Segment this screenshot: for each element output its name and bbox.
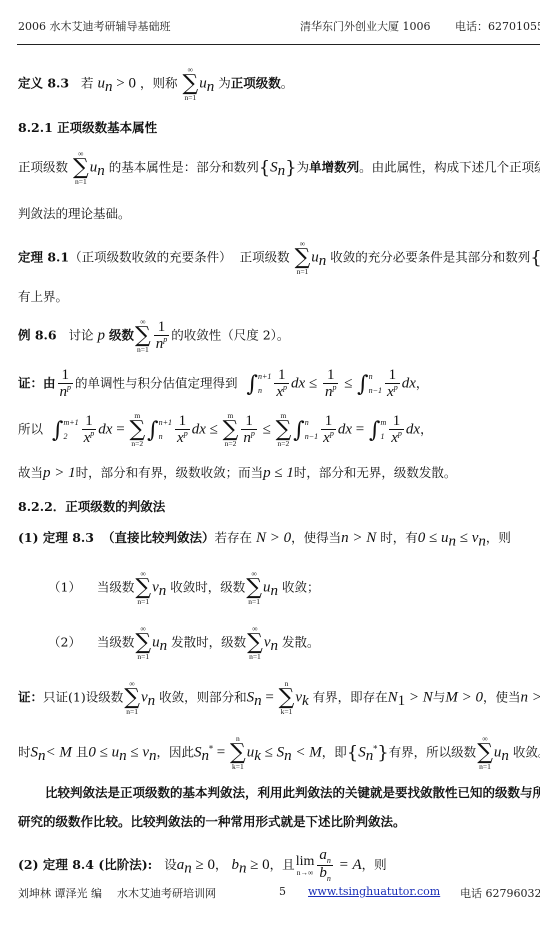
bold-term: 正项级数 [231, 76, 281, 91]
definition-8-3: 定义 8.3 若 un > 0 ，则称 ∞∑n=1un 为正项级数。 [18, 66, 293, 102]
section-8-2-1-title: 8.2.1 正项级数基本属性 [18, 118, 157, 136]
math-var: S [270, 160, 278, 176]
sum-symbol: ∞∑n=1 [135, 318, 151, 354]
proof-line-1: 证：由1np的单调性与积分估值定理得到 ∫n+1n1xpdx ≤ 1np ≤ ∫… [18, 368, 428, 400]
math-var: u [98, 76, 106, 92]
proof-line-2: 所以 ∫m+121xpdx = m∑n=2∫n+1n1xpdx ≤ m∑n=21… [18, 412, 433, 448]
text: ，则称 [140, 76, 178, 91]
theorem-8-3-item-2: （2） 当级数∞∑n=1un 发散时，级数∞∑n=1vn 发散。 [48, 625, 319, 661]
proof-2-line-2: 时Sn< M 且0 ≤ un ≤ vn，因此Sn* = n∑k=1uk ≤ Sn… [18, 735, 540, 771]
math-var: p [98, 328, 106, 344]
footer-phone: 电话 62796032 [460, 885, 540, 901]
theorem-8-1: 定理 8.1（正项级数收敛的充要条件） 正项级数 ∞∑n=1un 收敛的充分必要… [18, 240, 540, 276]
footer-website-link[interactable]: www.tsinghuatutor.com [308, 885, 440, 898]
definition-label: 定义 8.3 [18, 76, 69, 91]
proof-2-line-1: 证：只证(1)设级数∞∑n=1vn 收敛，则部分和Sn = n∑k=1vk 有界… [18, 680, 540, 716]
header-center: 清华东门外创业大厦 1006 [300, 18, 431, 34]
footer-authors: 刘坤林 谭泽光 编 [18, 885, 102, 901]
math-rel: > 0 [113, 76, 136, 92]
text: 为 [218, 76, 231, 91]
text: 为 [297, 160, 310, 175]
property-line-1: 正项级数 ∞∑n=1un 的基本属性是：部分和数列{Sn}为单增数列。由此属性，… [18, 150, 540, 186]
header-rule [17, 44, 540, 45]
text: 正项级数 [240, 250, 290, 265]
example-label: 例 8.6 [18, 328, 57, 343]
section-8-2-2-title: 8.2.2．正项级数的判敛法 [18, 497, 165, 515]
bold-term: 单增数列 [309, 160, 359, 175]
theorem-8-1-line-2: 有上界。 [18, 287, 68, 305]
fraction: 1np [154, 320, 170, 352]
text: 。由此属性，构成下述几个正项级数 [359, 160, 540, 175]
sum-symbol: ∞∑n=1 [182, 66, 198, 102]
theorem-label: (1) 定理 8.3 [18, 530, 94, 545]
example-8-6: 例 8.6 讨论 p 级数∞∑n=11np的收敛性（尺度 2）。 [18, 318, 289, 354]
math-sub: n [207, 79, 215, 95]
math-var: u [199, 76, 207, 92]
theorem-name: （直接比较判敛法） [102, 530, 215, 545]
text: 正项级数 [18, 160, 68, 175]
text: （正项级数收敛的充要条件） [69, 250, 232, 265]
text: 的收敛性（尺度 2）。 [171, 328, 289, 343]
integral: ∫n+1n [246, 370, 271, 398]
theorem-8-3: (1) 定理 8.3 （直接比较判敛法）若存在 N > 0，使得当n > N 时… [18, 528, 511, 551]
math-sub: n [319, 253, 327, 269]
sum-symbol: ∞∑n=1 [295, 240, 311, 276]
math-sub: n [97, 163, 105, 179]
text: 收敛的充分必要条件是其部分和数列 [330, 250, 530, 265]
theorem-label: 定理 8.1 [18, 250, 69, 265]
sum-symbol: ∞∑n=1 [73, 150, 89, 186]
math-sub: n [105, 79, 113, 95]
text: 。 [281, 76, 294, 91]
property-line-2: 判敛法的理论基础。 [18, 204, 131, 222]
text: 若 [81, 76, 94, 91]
bold-term: 级数 [109, 328, 134, 343]
text: 的单调性与积分估值定理得到 [75, 376, 238, 391]
proof-conclusion: 故当p > 1时，部分和有界，级数收敛；而当p ≤ 1时，部分和无界，级数发散。 [18, 463, 456, 482]
footer-page-number: 5 [279, 885, 286, 898]
remark-line-1: 比较判敛法是正项级数的基本判敛法，利用此判敛法的关键就是要找敛散性已知的级数与所 [45, 783, 540, 801]
footer-site-name: 水木艾迪考研培训网 [117, 885, 216, 901]
fraction: 1np [58, 368, 74, 400]
theorem-label: (2) 定理 8.4 (比阶法): [18, 857, 152, 872]
math-var: u [311, 250, 319, 266]
remark-line-2: 研究的级数作比较。比较判敛法的一种常用形式就是下述比阶判敛法。 [18, 812, 406, 830]
text: 所以 [18, 422, 43, 437]
text: 讨论 [69, 328, 94, 343]
header-right: 电话：62701055 [455, 18, 540, 34]
header-left: 2006 水木艾迪考研辅导基础班 [18, 18, 171, 34]
proof-label: 证：由 [18, 376, 56, 391]
theorem-8-3-item-1: （1） 当级数∞∑n=1vn 收敛时，级数∞∑n=1un 收敛； [48, 570, 319, 606]
text: 的基本属性是：部分和数列 [109, 160, 259, 175]
theorem-8-4: (2) 定理 8.4 (比阶法): 设an ≥ 0， bn ≥ 0，且limn→… [18, 848, 387, 883]
